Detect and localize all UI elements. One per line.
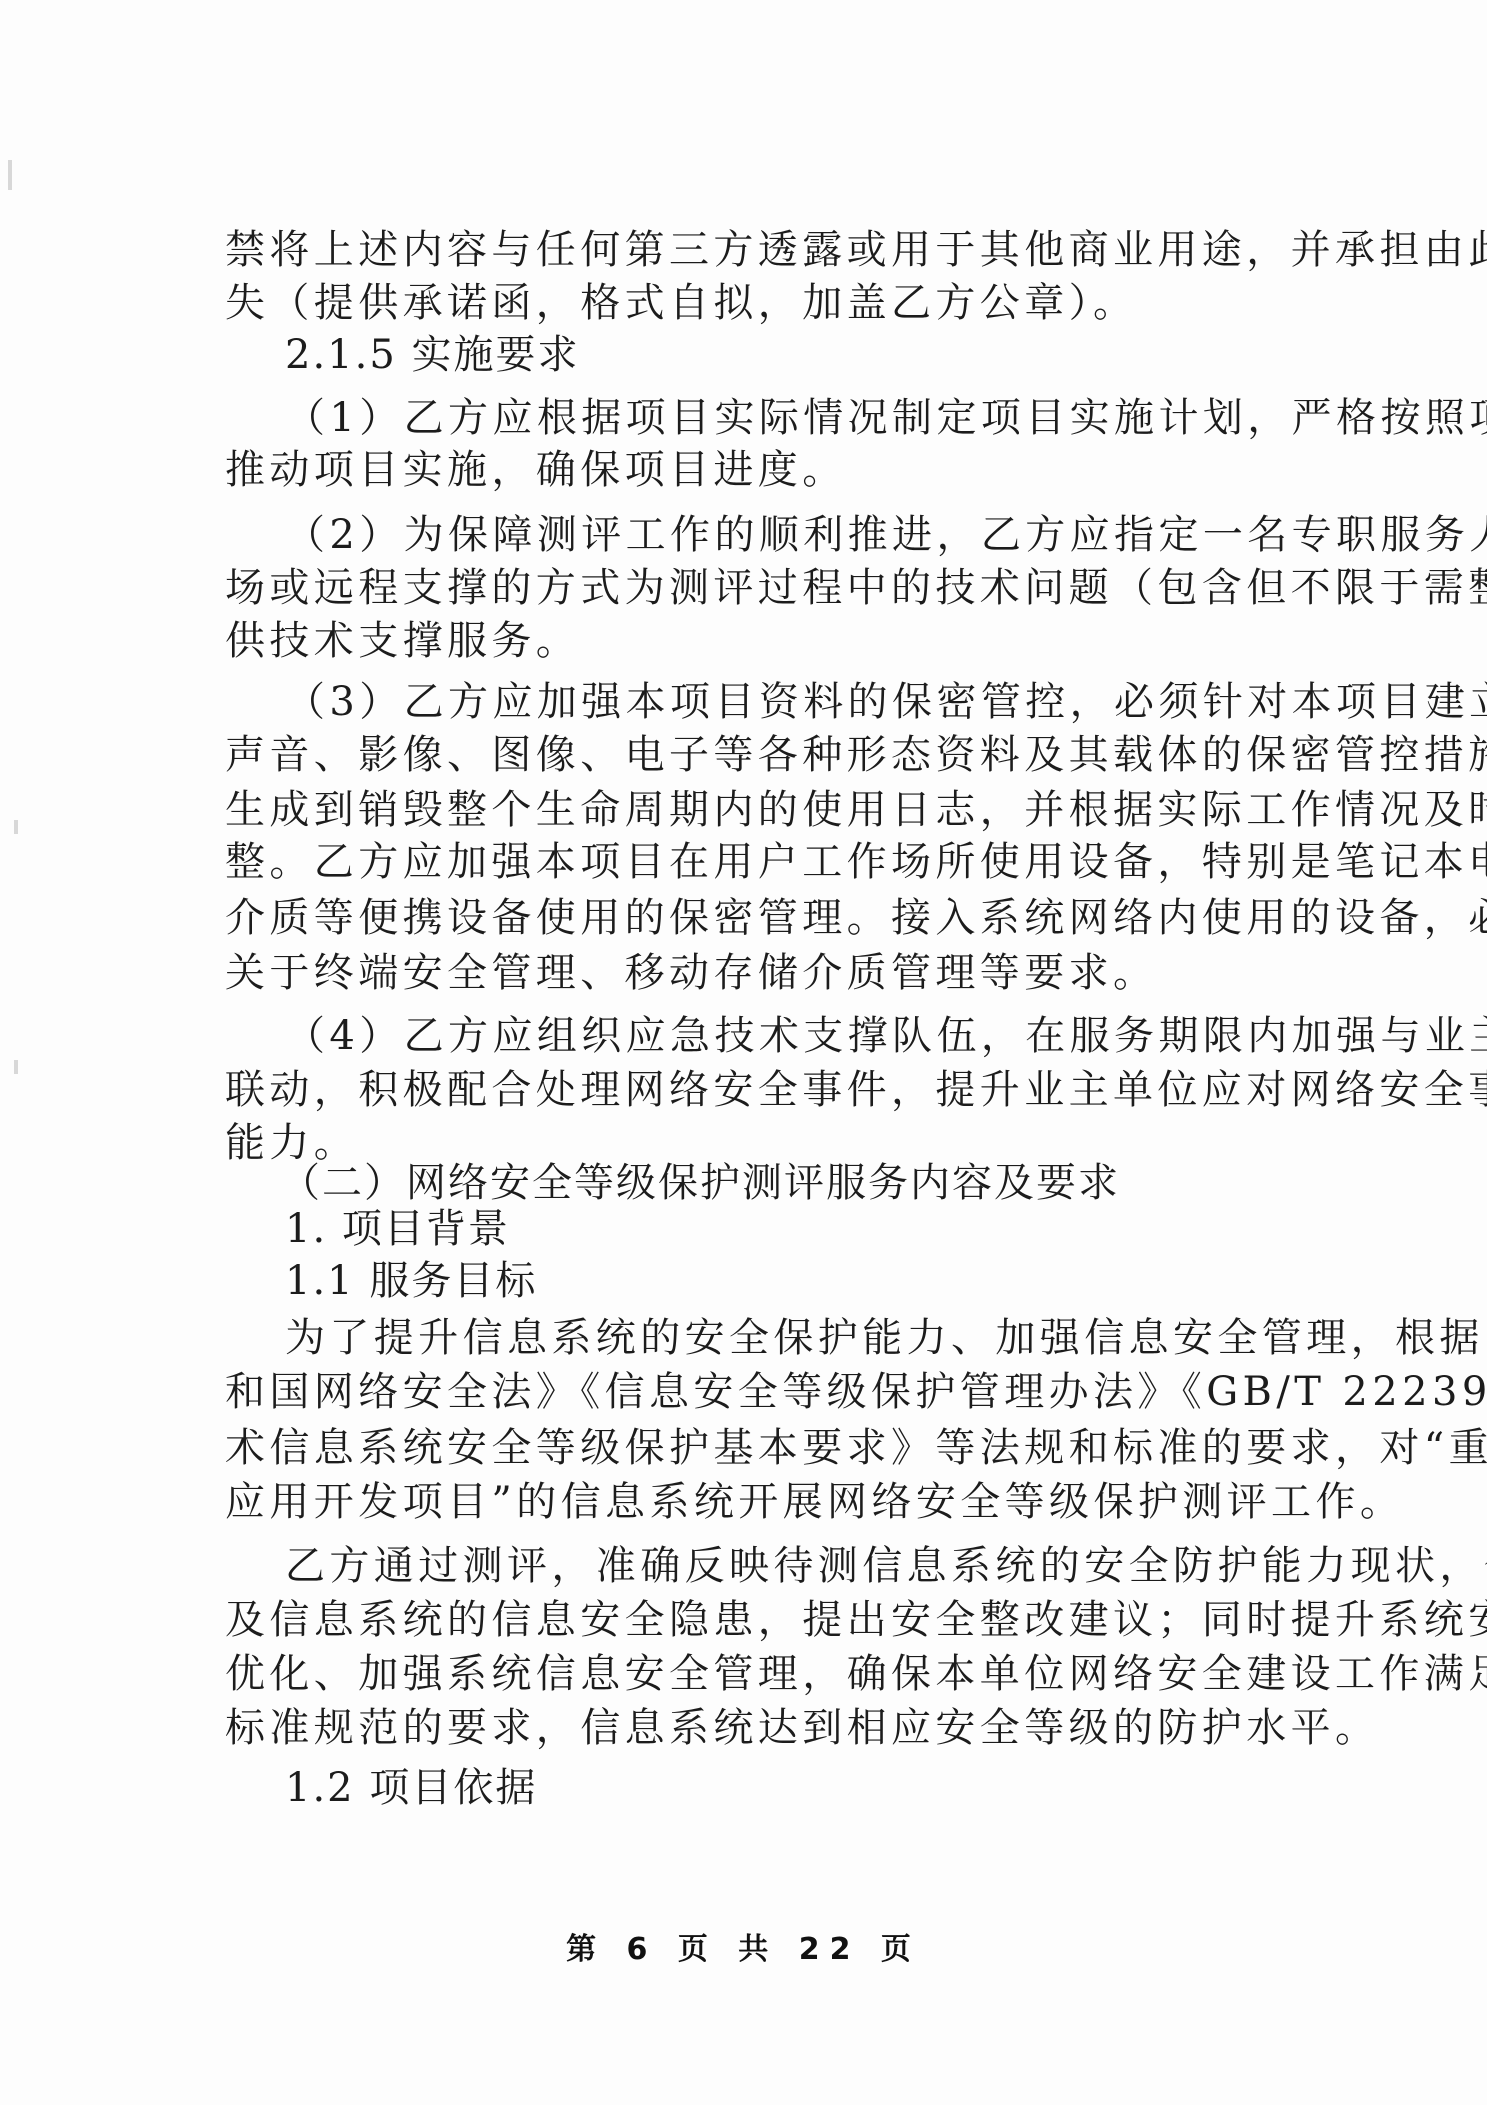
- section-heading: 1.1 服务目标: [285, 1257, 1315, 1305]
- paragraph-start: （3）乙方应加强本项目资料的保密管控，必须针对本项目建立项目纸质、: [285, 678, 1255, 726]
- section-heading: 2.1.5 实施要求: [285, 331, 1315, 379]
- body-line: 联动，积极配合处理网络安全事件，提升业主单位应对网络安全事件的应急处理: [225, 1066, 1255, 1114]
- body-line: 生成到销毁整个生命周期内的使用日志，并根据实际工作情况及时对制度进行调: [225, 786, 1255, 834]
- body-line: 优化、加强系统信息安全管理，确保本单位网络安全建设工作满足国家法律法规、: [225, 1650, 1255, 1698]
- body-line: 和国网络安全法》《信息安全等级保护管理办法》《GB/T 22239-2019 网…: [225, 1368, 1255, 1416]
- body-line: 及信息系统的信息安全隐患，提出安全整改建议；同时提升系统安全防护能力，: [225, 1596, 1255, 1644]
- body-line: 整。乙方应加强本项目在用户工作场所使用设备，特别是笔记本电脑、移动存储: [225, 838, 1255, 886]
- section-heading: （二）网络安全等级保护测评服务内容及要求: [280, 1159, 1310, 1207]
- paragraph-start: （4）乙方应组织应急技术支撑队伍，在服务期限内加强与业主单位的联防、: [285, 1012, 1255, 1060]
- paragraph-start: 乙方通过测评，准确反映待测信息系统的安全防护能力现状，分析排查所涉: [285, 1542, 1255, 1590]
- scan-artifact: [8, 160, 12, 190]
- scan-artifact: [14, 820, 18, 834]
- body-line: 标准规范的要求，信息系统达到相应安全等级的防护水平。: [225, 1704, 1255, 1752]
- body-line: 介质等便携设备使用的保密管理。接入系统网络内使用的设备，必须遵守该系统: [225, 894, 1255, 942]
- paragraph-start: 为了提升信息系统的安全保护能力、加强信息安全管理，根据《中华人民共: [285, 1314, 1255, 1362]
- section-heading: 1. 项目背景: [285, 1205, 1315, 1253]
- body-line: 关于终端安全管理、移动存储介质管理等要求。: [225, 949, 1255, 997]
- body-line: 失（提供承诺函，格式自拟，加盖乙方公章）。: [225, 279, 1255, 327]
- paragraph-start: （1）乙方应根据项目实际情况制定项目实施计划，严格按照项目实施计划: [285, 394, 1255, 442]
- paragraph-start: （2）为保障测评工作的顺利推进，乙方应指定一名专职服务人员，通过现: [285, 511, 1255, 559]
- document-page: 禁将上述内容与任何第三方透露或用于其他商业用途，并承担由此产生的一切损 失（提供…: [0, 0, 1487, 2105]
- body-line: 供技术支撑服务。: [225, 617, 1255, 665]
- section-heading: 1.2 项目依据: [285, 1764, 1315, 1812]
- body-line: 推动项目实施，确保项目进度。: [225, 446, 1255, 494]
- body-line: 应用开发项目”的信息系统开展网络安全等级保护测评工作。: [225, 1478, 1255, 1526]
- body-line: 术信息系统安全等级保护基本要求》等法规和标准的要求，对“重庆市产业大脑: [225, 1424, 1255, 1472]
- scan-artifact: [14, 1060, 18, 1074]
- body-line: 禁将上述内容与任何第三方透露或用于其他商业用途，并承担由此产生的一切损: [225, 226, 1255, 274]
- body-line: 声音、影像、图像、电子等各种形态资料及其载体的保密管控措施，记录资料由: [225, 731, 1255, 779]
- page-number-footer: 第 6 页 共 22 页: [0, 1924, 1487, 1968]
- body-line: 场或远程支撑的方式为测评过程中的技术问题（包含但不限于需整改的问题）提: [225, 564, 1255, 612]
